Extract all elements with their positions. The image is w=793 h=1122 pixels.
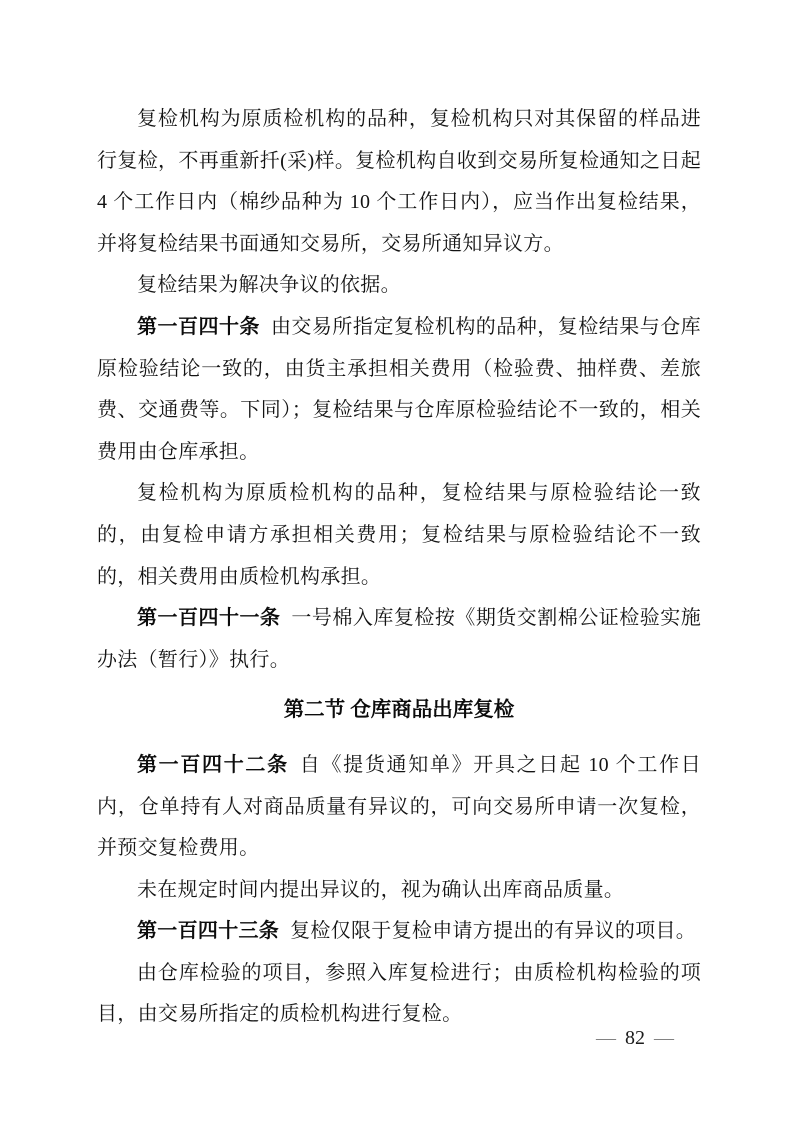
article-number-141: 第一百四十一条	[137, 607, 280, 629]
body-paragraph: 复检结果为解决争议的依据。	[97, 265, 701, 307]
article-number-142: 第一百四十二条	[137, 754, 289, 776]
document-body: 复检机构为原质检机构的品种，复检机构只对其保留的样品进行复检，不再重新扦(采)样…	[97, 99, 701, 1036]
paragraph-text: 未在规定时间内提出异议的，视为确认出库商品质量。	[137, 879, 624, 901]
body-paragraph: 由仓库检验的项目，参照入库复检进行；由质检机构检验的项目，由交易所指定的质检机构…	[97, 953, 701, 1036]
body-paragraph: 第一百四十一条一号棉入库复检按《期货交割棉公证检验实施办法（暂行）》执行。	[97, 598, 701, 681]
document-page: 复检机构为原质检机构的品种，复检机构只对其保留的样品进行复检，不再重新扦(采)样…	[0, 0, 793, 1122]
footer-dash-left: —	[596, 1027, 616, 1049]
paragraph-text: 复检结果为解决争议的依据。	[137, 274, 401, 296]
section-heading: 第二节 仓库商品出库复检	[97, 690, 701, 732]
body-paragraph: 复检机构为原质检机构的品种，复检机构只对其保留的样品进行复检，不再重新扦(采)样…	[97, 99, 701, 265]
article-number-143: 第一百四十三条	[137, 920, 279, 942]
body-paragraph: 复检机构为原质检机构的品种，复检结果与原检验结论一致的，由复检申请方承担相关费用…	[97, 473, 701, 598]
paragraph-text: 复检机构为原质检机构的品种，复检机构只对其保留的样品进行复检，不再重新扦(采)样…	[97, 108, 701, 255]
article-number-140: 第一百四十条	[137, 316, 260, 338]
paragraph-text: 复检仅限于复检申请方提出的有异议的项目。	[290, 920, 696, 942]
paragraph-text: 由仓库检验的项目，参照入库复检进行；由质检机构检验的项目，由交易所指定的质检机构…	[97, 962, 701, 1026]
body-paragraph: 第一百四十三条复检仅限于复检申请方提出的有异议的项目。	[97, 911, 701, 953]
body-paragraph: 未在规定时间内提出异议的，视为确认出库商品质量。	[97, 870, 701, 912]
paragraph-text: 复检机构为原质检机构的品种，复检结果与原检验结论一致的，由复检申请方承担相关费用…	[97, 482, 701, 587]
footer-dash-right: —	[654, 1027, 674, 1049]
body-paragraph: 第一百四十条由交易所指定复检机构的品种，复检结果与仓库原检验结论一致的，由货主承…	[97, 307, 701, 473]
body-paragraph: 第一百四十二条自《提货通知单》开具之日起 10 个工作日内，仓单持有人对商品质量…	[97, 745, 701, 870]
page-number: 82	[625, 1027, 645, 1049]
page-footer: —82—	[596, 1026, 674, 1050]
